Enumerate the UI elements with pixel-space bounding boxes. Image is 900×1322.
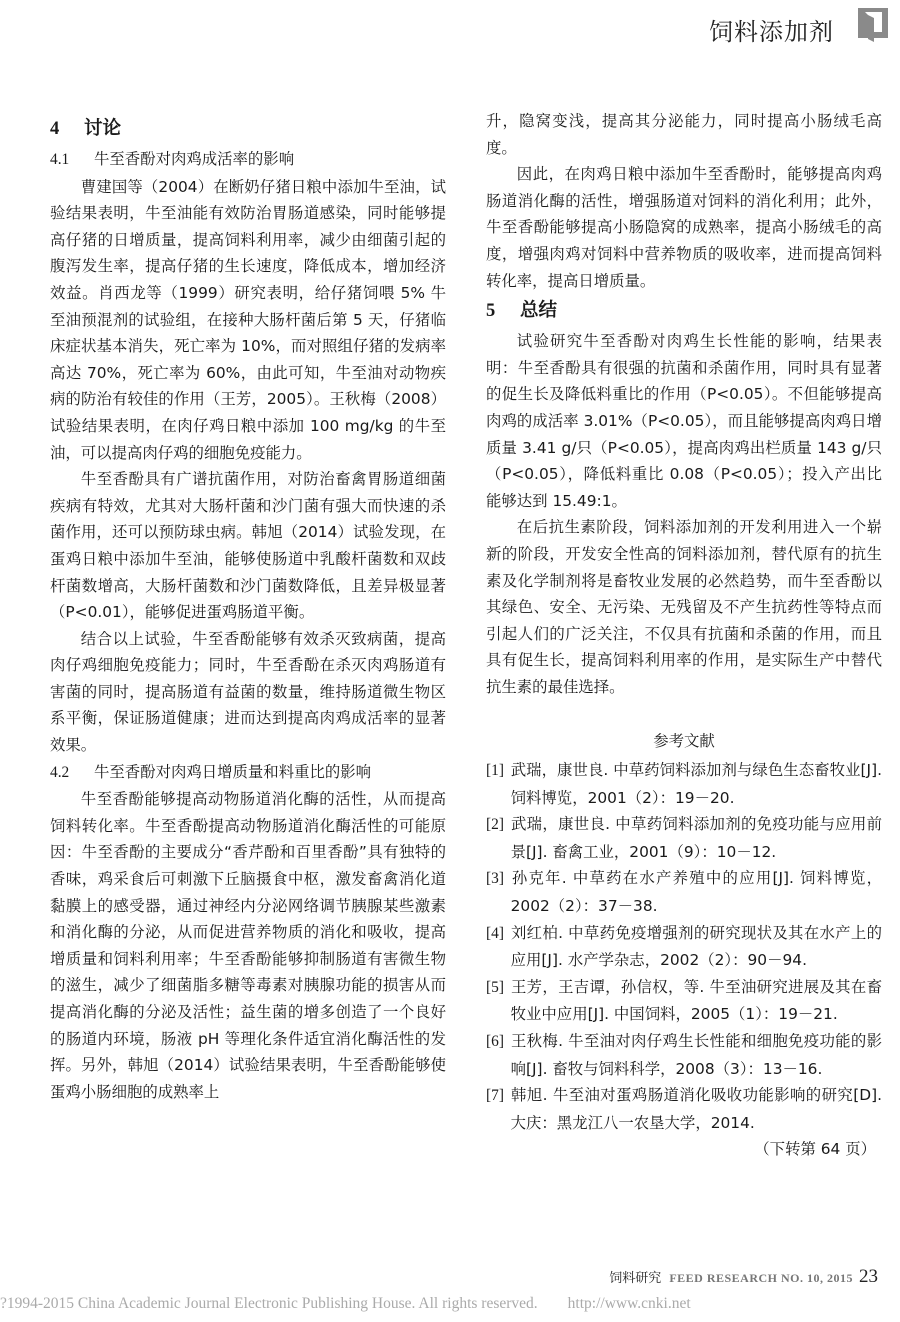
continued-note: （下转第 64 页） <box>486 1136 882 1163</box>
subsection-number: 4.2 <box>50 760 94 787</box>
reference-item: [4]刘红柏. 中草药免疫增强剂的研究现状及其在水产上的应用[J]. 水产学杂志… <box>486 920 882 974</box>
bookmark-tab-icon <box>856 6 890 44</box>
references-heading: 参考文献 <box>486 728 882 755</box>
publisher-url: http://www.cnki.net <box>568 1295 691 1312</box>
reference-item: [6]王秋梅. 牛至油对肉仔鸡生长性能和细胞免疫功能的影响[J]. 畜牧与饲料科… <box>486 1028 882 1082</box>
section-heading-4: 4讨论 <box>50 114 446 144</box>
paragraph-continued: 升，隐窝变浅，提高其分泌能力，同时提高小肠绒毛高度。 <box>486 108 882 161</box>
paragraph: 试验研究牛至香酚对肉鸡生长性能的影响，结果表明：牛至香酚具有很强的抗菌和杀菌作用… <box>486 328 882 514</box>
section-title: 讨论 <box>84 118 121 139</box>
reference-text: 刘红柏. 中草药免疫增强剂的研究现状及其在水产上的应用[J]. 水产学杂志，20… <box>511 924 882 970</box>
reference-index: [5] <box>486 975 511 1002</box>
reference-index: [2] <box>486 812 511 839</box>
paragraph: 牛至香酚具有广谱抗菌作用，对防治畜禽胃肠道细菌疾病有特效，尤其对大肠杆菌和沙门菌… <box>50 466 446 626</box>
reference-text: 王秋梅. 牛至油对肉仔鸡生长性能和细胞免疫功能的影响[J]. 畜牧与饲料科学，2… <box>511 1032 882 1078</box>
section-label: 饲料添加剂 <box>709 12 834 47</box>
reference-index: [6] <box>486 1029 511 1056</box>
page-footer: 饲料研究FEED RESEARCH NO. 10, 201523 <box>609 1266 878 1288</box>
page-number: 23 <box>859 1266 878 1287</box>
copyright-text: ?1994-2015 China Academic Journal Electr… <box>0 1295 538 1312</box>
paragraph: 曹建国等（2004）在断奶仔猪日粮中添加牛至油，试验结果表明，牛至油能有效防治胃… <box>50 174 446 467</box>
section-title: 总结 <box>520 300 557 321</box>
subsection-number: 4.1 <box>50 147 94 174</box>
section-heading-5: 5总结 <box>486 296 882 326</box>
right-column: 升，隐窝变浅，提高其分泌能力，同时提高小肠绒毛高度。 因此，在肉鸡日粮中添加牛至… <box>486 108 882 1163</box>
paragraph: 因此，在肉鸡日粮中添加牛至香酚时，能够提高肉鸡肠道消化酶的活性，增强肠道对饲料的… <box>486 161 882 294</box>
reference-text: 武瑞，康世良. 中草药饲料添加剂与绿色生态畜牧业[J]. 饲料博览，2001（2… <box>511 761 882 807</box>
journal-name-cn: 饲料研究 <box>609 1271 661 1286</box>
subsection-heading-4-2: 4.2牛至香酚对肉鸡日增质量和料重比的影响 <box>50 759 446 787</box>
subsection-title: 牛至香酚对肉鸡成活率的影响 <box>94 150 294 168</box>
reference-index: [3] <box>486 866 511 893</box>
reference-item: [5]王芳，王吉谭，孙信权，等. 牛至油研究进展及其在畜牧业中应用[J]. 中国… <box>486 974 882 1028</box>
journal-issue: FEED RESEARCH NO. 10, 2015 <box>669 1271 853 1285</box>
paragraph: 在后抗生素阶段，饲料添加剂的开发利用进入一个崭新的阶段，开发安全性高的饲料添加剂… <box>486 514 882 700</box>
reference-index: [1] <box>486 758 511 785</box>
reference-text: 韩旭. 牛至油对蛋鸡肠道消化吸收功能影响的研究[D]. 大庆：黑龙江八一农垦大学… <box>511 1086 882 1132</box>
reference-item: [2]武瑞，康世良. 中草药饲料添加剂的免疫功能与应用前景[J]. 畜禽工业，2… <box>486 811 882 865</box>
reference-list: [1]武瑞，康世良. 中草药饲料添加剂与绿色生态畜牧业[J]. 饲料博览，200… <box>486 757 882 1136</box>
reference-text: 王芳，王吉谭，孙信权，等. 牛至油研究进展及其在畜牧业中应用[J]. 中国饲料，… <box>511 978 882 1024</box>
copyright-line: ?1994-2015 China Academic Journal Electr… <box>0 1295 900 1313</box>
subsection-heading-4-1: 4.1牛至香酚对肉鸡成活率的影响 <box>50 146 446 174</box>
paragraph: 牛至香酚能够提高动物肠道消化酶的活性，从而提高饲料转化率。牛至香酚提高动物肠道消… <box>50 786 446 1105</box>
reference-text: 孙克年. 中草药在水产养殖中的应用[J]. 饲料博览，2002（2）：37－38… <box>511 869 882 915</box>
section-number: 4 <box>50 114 84 144</box>
subsection-title: 牛至香酚对肉鸡日增质量和料重比的影响 <box>94 763 371 781</box>
reference-item: [7]韩旭. 牛至油对蛋鸡肠道消化吸收功能影响的研究[D]. 大庆：黑龙江八一农… <box>486 1082 882 1136</box>
paragraph: 结合以上试验，牛至香酚能够有效杀灭致病菌，提高肉仔鸡细胞免疫能力；同时，牛至香酚… <box>50 626 446 759</box>
reference-index: [7] <box>486 1083 511 1110</box>
reference-item: [3]孙克年. 中草药在水产养殖中的应用[J]. 饲料博览，2002（2）：37… <box>486 865 882 919</box>
reference-text: 武瑞，康世良. 中草药饲料添加剂的免疫功能与应用前景[J]. 畜禽工业，2001… <box>511 815 882 861</box>
left-column: 4讨论 4.1牛至香酚对肉鸡成活率的影响 曹建国等（2004）在断奶仔猪日粮中添… <box>50 112 446 1105</box>
reference-index: [4] <box>486 921 511 948</box>
section-number: 5 <box>486 296 520 326</box>
reference-item: [1]武瑞，康世良. 中草药饲料添加剂与绿色生态畜牧业[J]. 饲料博览，200… <box>486 757 882 811</box>
